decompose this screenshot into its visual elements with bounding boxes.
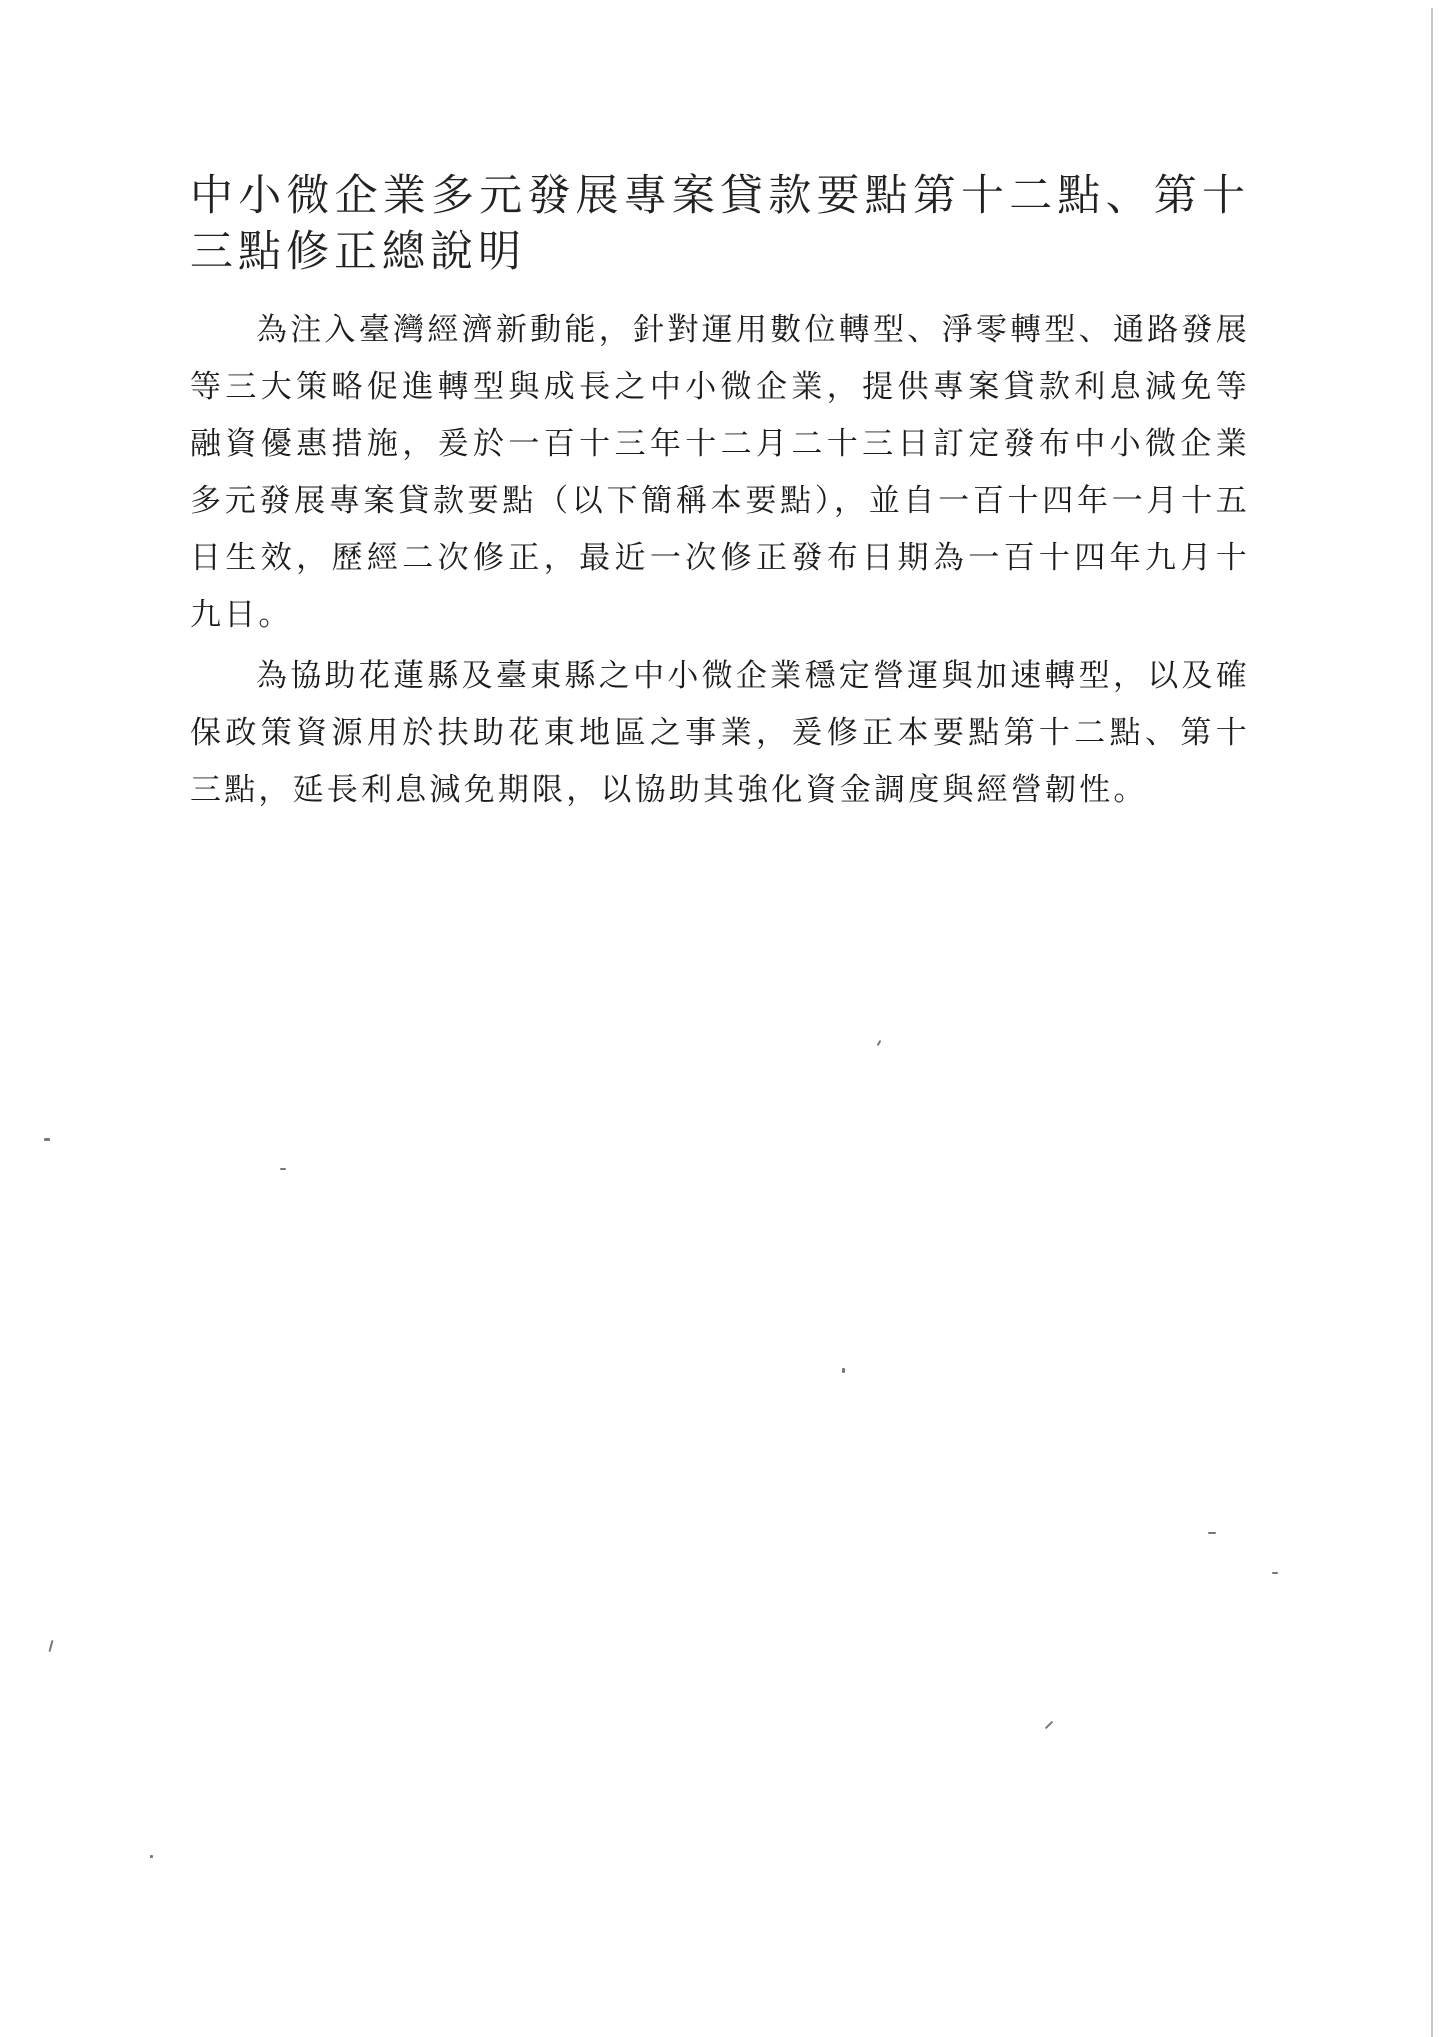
scan-speck	[1272, 1572, 1278, 1574]
document-title: 中小微企業多元發展專案貸款要點第十二點、第十三點修正總說明	[190, 168, 1250, 280]
paragraph-amendment-purpose: 為協助花蓮縣及臺東縣之中小微企業穩定營運與加速轉型，以及確保政策資源用於扶助花東…	[190, 648, 1250, 819]
scan-page-edge	[1431, 8, 1433, 2037]
scan-speck	[150, 1855, 153, 1858]
scan-speck	[280, 1168, 286, 1170]
scan-speck	[1045, 1721, 1053, 1729]
scan-speck	[842, 1368, 845, 1373]
scan-speck	[44, 1138, 50, 1141]
document-body: 中小微企業多元發展專案貸款要點第十二點、第十三點修正總說明 為注入臺灣經濟新動能…	[190, 168, 1250, 823]
scan-speck	[1208, 1532, 1216, 1534]
scan-speck	[877, 1040, 882, 1046]
scan-speck	[48, 1640, 53, 1652]
paragraph-background: 為注入臺灣經濟新動能，針對運用數位轉型、淨零轉型、通路發展等三大策略促進轉型與成…	[190, 302, 1250, 644]
